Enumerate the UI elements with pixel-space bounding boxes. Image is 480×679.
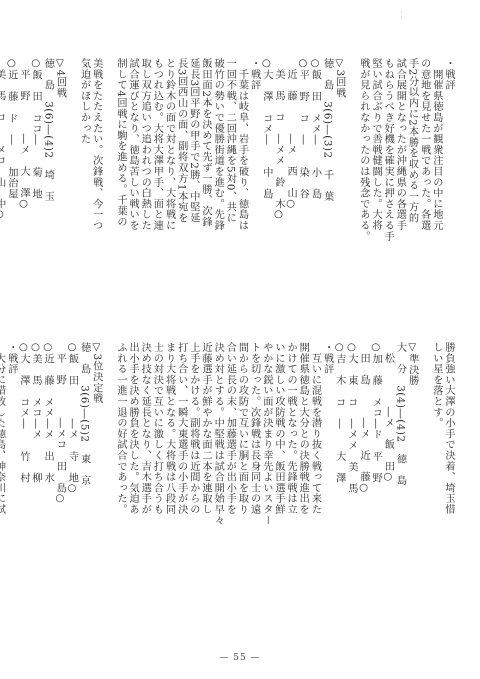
text-column: 美 馬 コ ―メメ 鈴 木○ (272, 58, 284, 330)
text-column: 徳 島 3(6)―(4)2 埼 玉 (41, 58, 53, 330)
upper-tier: ・戦評 開催県徳島が観衆注目の中に地元の意地を見せた一戦であった。各選手2分以内… (22, 58, 454, 330)
text-column: もねらうべき好機を確実に押さえる手 (381, 58, 393, 330)
text-column: トを切った。次鋒戦は長身同士の遠 (248, 342, 260, 634)
text-column: もつれ込む。大将大澤甲手、面と連 (150, 58, 162, 330)
text-column: ○飯 田 ―メ 寺 地○ (65, 342, 77, 634)
text-column: 大分に惜敗した徳島、神奈川に試 (0, 342, 5, 634)
section-heading: ・戦評 (5, 342, 17, 634)
text-column: ○飯 田 ココ― 菊 地 (29, 58, 41, 330)
text-column: 平 野 ―メ 大 澤○ (17, 58, 29, 330)
section-heading: ▽4回戦 (53, 58, 65, 330)
text-column: ○美 馬 メコ―メ 柳 (29, 342, 41, 634)
text-column: 長3回西山の面、副将双方1本宛を (175, 58, 187, 330)
text-column: 士の対決で互いに激しく打ち合うも (150, 342, 162, 634)
text-column: 延長3回平野の甲手で2勝、中堅延 (187, 58, 199, 330)
text-column: ふれる一進一退の好試合であった。 (114, 342, 126, 634)
text-column: 試合展開となったが沖縄県の各選手 (393, 58, 405, 330)
text-column: 徳 島 3(6)―(3)2 千 葉 (320, 58, 332, 330)
section-heading: ▽準決勝 (406, 342, 418, 634)
column-gap (65, 58, 77, 330)
text-column: 一回不戦、二回沖縄を5対0、共に (223, 58, 235, 330)
section-heading: ・戦評 (442, 58, 454, 330)
text-column: 松 ―メ 飯 田○ (381, 342, 393, 634)
text-column: 間からの攻防で互いに胴と面を取り (235, 342, 247, 634)
text-column: 気迫がほしかった (77, 58, 89, 330)
text-column: 手2分以内に2本勝を収める一方的 (405, 58, 417, 330)
text-column: 美 馬 コ ―メコ 山 中○ (0, 58, 5, 330)
text-column: ○加 藤 メコ―ド 平 野 (369, 342, 381, 634)
text-column: 合い延長の末、加藤選手が出小手を (223, 342, 235, 634)
text-column: ○近 藤 メメ―メ 出 水 (41, 342, 53, 634)
text-column: 戦が見られなかったのは残念である。 (357, 58, 369, 330)
column-gap (345, 58, 357, 330)
text-column: 破竹の勢いで優勝街道を進む。先鋒 (211, 58, 223, 330)
text-column: 開催県徳島と大分との決勝戦進出を (296, 342, 308, 634)
text-column: 取し双方追いつ追われつの白熱した (138, 58, 150, 330)
section-heading: ・戦評 (248, 58, 260, 330)
section-heading: ▽3位決定戦 (90, 342, 102, 634)
text-column: いに激しい攻防戦の中、飯田選手鮮 (272, 342, 284, 634)
text-column: まり大将戦となる。大将戦は八段同 (162, 342, 174, 634)
text-column: 決め対とする。中堅戦は試合開始早々 (211, 342, 223, 634)
text-column: 近 藤 ―メ 西 山○ (284, 58, 296, 330)
text-column: 制して4回戦に駒を進める。千葉の (114, 58, 126, 330)
text-column: 互いに混戦を潜り抜く戦って来た (308, 342, 320, 634)
text-column: ○吉 木 コ ― 大 澤 (333, 342, 345, 634)
text-column: やかな鋭い面が決まり幸先よいスター (260, 342, 272, 634)
section-heading: ▽3回戦 (333, 58, 345, 330)
text-column: 打ち合い、一瞬大東選手の小手が決 (175, 342, 187, 634)
text-column: 平 野 ―メコ 田 島○ (53, 342, 65, 634)
text-column: しい星を落とす。 (430, 342, 442, 634)
column-gap (102, 342, 114, 634)
page-number: — 55 — (0, 653, 480, 663)
text-column: 決め技なく延長となり、吉木選手が (138, 342, 150, 634)
text-column: 出小手を決め勝負を決した。気迫あ (126, 342, 138, 634)
column-gap (418, 342, 430, 634)
text-column: の意地を見せた一戦であった。各選 (418, 58, 430, 330)
text-column: 開催県徳島が観衆注目の中に地元 (430, 58, 442, 330)
text-column: ○平 野 コ ― 染 谷 (296, 58, 308, 330)
text-column: 上手をかける。副将戦は近間からの (187, 342, 199, 634)
text-column: ○大 澤 コメ― 竹 村 (17, 342, 29, 634)
text-column: 美戦をたたえたい。次鋒戦、今一つ (90, 58, 102, 330)
text-column: 徳 島 3(6)―(5)2 東 京 (77, 342, 89, 634)
text-column: 堅い試合ぶりで善戦健闘した。大将 (369, 58, 381, 330)
lower-tier: 勝負強い大澤の小手で決着、埼玉惜しい星を落とす。 ▽準決勝大 分 3(4)―(4… (22, 342, 454, 634)
stray-mark: ¦ (400, 10, 406, 26)
text-column: 大 分 3(4)―(4)2 徳 島 (393, 342, 405, 634)
text-column: 飯田面2本を決めて先ず一勝、次鋒 (199, 58, 211, 330)
section-heading: ・戦評 (320, 342, 332, 634)
column-gap (102, 58, 114, 330)
text-column: ○大 澤 コメ― 中 島 (260, 58, 272, 330)
text-column: ○大 東 コ ―メメ 美 馬 (345, 342, 357, 634)
text-column: ○近 藤 ド ― 加治屋 (5, 58, 17, 330)
text-column: とり鈴木の面で対となり、大将戦に (162, 58, 174, 330)
text-column: 千葉は岐阜、岩手を破り、徳島は (235, 58, 247, 330)
text-column: かけての一戦となった。先鋒戦は立 (284, 342, 296, 634)
text-column: ○飯 田 メメ― 小 島 (308, 58, 320, 330)
text-column: 近藤選手が鮮やかな面二本を連取し (199, 342, 211, 634)
text-column: 勝負強い大澤の小手で決着、埼玉惜 (442, 342, 454, 634)
text-column: 田 島 ―メ 近 藤○ (357, 342, 369, 634)
text-column: 試合運びとなり、徳島苦しい戦いを (126, 58, 138, 330)
